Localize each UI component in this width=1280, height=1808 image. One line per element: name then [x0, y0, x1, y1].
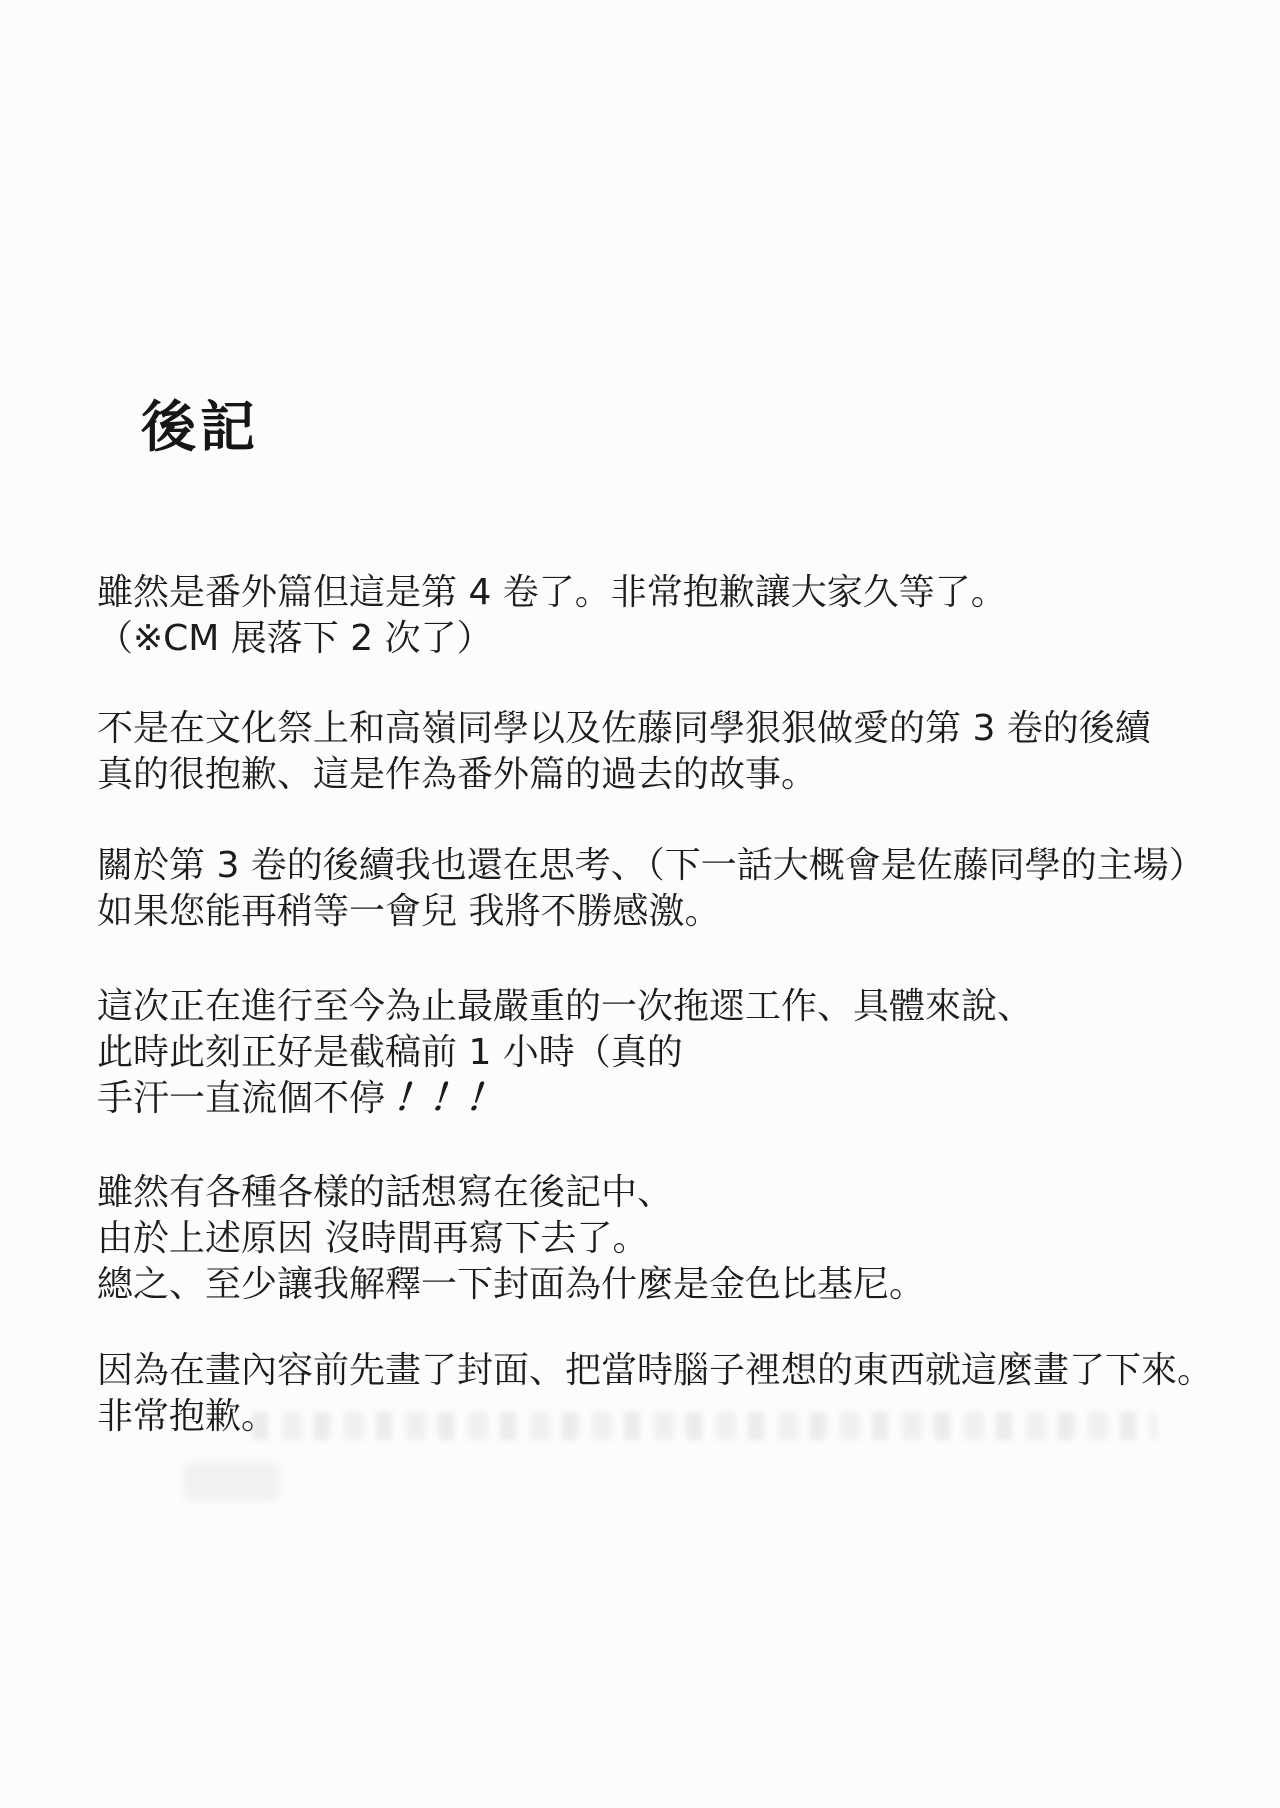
- erased-text-smudge: [252, 1412, 1157, 1440]
- afterword-page: 後記 雖然是番外篇但這是第 4 卷了。非常抱歉讓大家久等了。 （※CM 展落下 …: [0, 0, 1280, 1808]
- paragraph-5-line-2: 由於上述原因 沒時間再寫下去了。: [97, 1216, 925, 1262]
- paragraph-4-line-3: 手汗一直流個不停 ！！！: [97, 1076, 1033, 1122]
- paragraph-2-line-1: 不是在文化祭上和高嶺同學以及佐藤同學狠狠做愛的第 3 卷的後續: [97, 706, 1151, 752]
- paragraph-2: 不是在文化祭上和高嶺同學以及佐藤同學狠狠做愛的第 3 卷的後續 真的很抱歉、這是…: [97, 706, 1151, 798]
- slanted-exclamation-marks: ！！！: [389, 1076, 512, 1122]
- erased-text-blot: [183, 1462, 279, 1500]
- paragraph-2-line-2: 真的很抱歉、這是作為番外篇的過去的故事。: [97, 752, 1151, 798]
- paragraph-5-line-3: 總之、至少讓我解釋一下封面為什麼是金色比基尼。: [97, 1262, 925, 1308]
- paragraph-4-line-1: 這次正在進行至今為止最嚴重的一次拖遝工作、具體來說、: [97, 984, 1033, 1030]
- paragraph-5: 雖然有各種各樣的話想寫在後記中、 由於上述原因 沒時間再寫下去了。 總之、至少讓…: [97, 1170, 925, 1308]
- paragraph-4: 這次正在進行至今為止最嚴重的一次拖遝工作、具體來說、 此時此刻正好是截稿前 1 …: [97, 984, 1033, 1122]
- paragraph-5-line-1: 雖然有各種各樣的話想寫在後記中、: [97, 1170, 925, 1216]
- paragraph-3-line-2: 如果您能再稍等一會兒 我將不勝感激。: [97, 889, 1205, 935]
- paragraph-4-line-3-text: 手汗一直流個不停: [97, 1078, 396, 1119]
- paragraph-3-line-1: 關於第 3 卷的後續我也還在思考、（下一話大概會是佐藤同學的主場）: [97, 843, 1205, 889]
- paragraph-1: 雖然是番外篇但這是第 4 卷了。非常抱歉讓大家久等了。 （※CM 展落下 2 次…: [97, 570, 1007, 662]
- paragraph-3: 關於第 3 卷的後續我也還在思考、（下一話大概會是佐藤同學的主場） 如果您能再稍…: [97, 843, 1205, 935]
- paragraph-1-line-2: （※CM 展落下 2 次了）: [97, 616, 1007, 662]
- paragraph-1-line-1: 雖然是番外篇但這是第 4 卷了。非常抱歉讓大家久等了。: [97, 570, 1007, 616]
- paragraph-6-line-1: 因為在畫內容前先畫了封面、把當時腦子裡想的東西就這麼畫了下來。: [97, 1348, 1213, 1394]
- page-title: 後記: [141, 400, 259, 455]
- paragraph-4-line-2: 此時此刻正好是截稿前 1 小時（真的: [97, 1030, 1033, 1076]
